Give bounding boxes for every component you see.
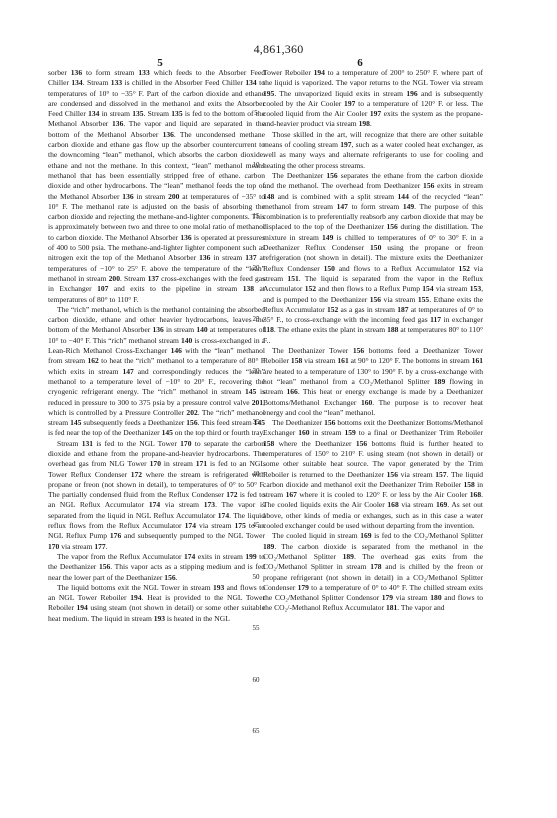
line-number: 15 [250,212,262,220]
line-number: 50 [250,573,262,581]
right-text-column: Tower Reboiler 194 to a temperature of 2… [263,68,483,614]
patent-number: 4,861,360 [0,42,557,57]
paragraph: Stream 131 is fed to the NGL Tower 170 t… [48,439,265,552]
paragraph: Tower Reboiler 194 to a temperature of 2… [263,68,483,130]
paragraph: The “rich” methanol, which is the methan… [48,305,265,439]
line-number: 40 [250,470,262,478]
line-number: 55 [250,624,262,632]
line-number: 65 [250,727,262,735]
paragraph: The Deethanizer 156 bottoms exit the Dee… [263,418,483,531]
left-text-column: sorber 136 to form stream 133 which feed… [48,68,265,624]
line-number: 60 [250,676,262,684]
line-number: 10 [250,161,262,169]
line-number: 30 [250,367,262,375]
paragraph: sorber 136 to form stream 133 which feed… [48,68,265,305]
line-number: 45 [250,521,262,529]
line-number: 35 [250,418,262,426]
paragraph: The liquid bottoms exit the NGL Tower in… [48,583,265,624]
paragraph: The cooled liquid in stream 169 is fed t… [263,531,483,613]
line-number: 5 [250,109,262,117]
paragraph: The Deethanizer Tower 156 bottoms feed a… [263,346,483,418]
paragraph: The Deethanizer 156 separates the ethane… [263,171,483,346]
paragraph: The vapor from the Reflux Accumulator 17… [48,552,265,583]
paragraph: Those skilled in the art, will recognize… [263,130,483,171]
line-number: 25 [250,315,262,323]
line-number: 20 [250,264,262,272]
